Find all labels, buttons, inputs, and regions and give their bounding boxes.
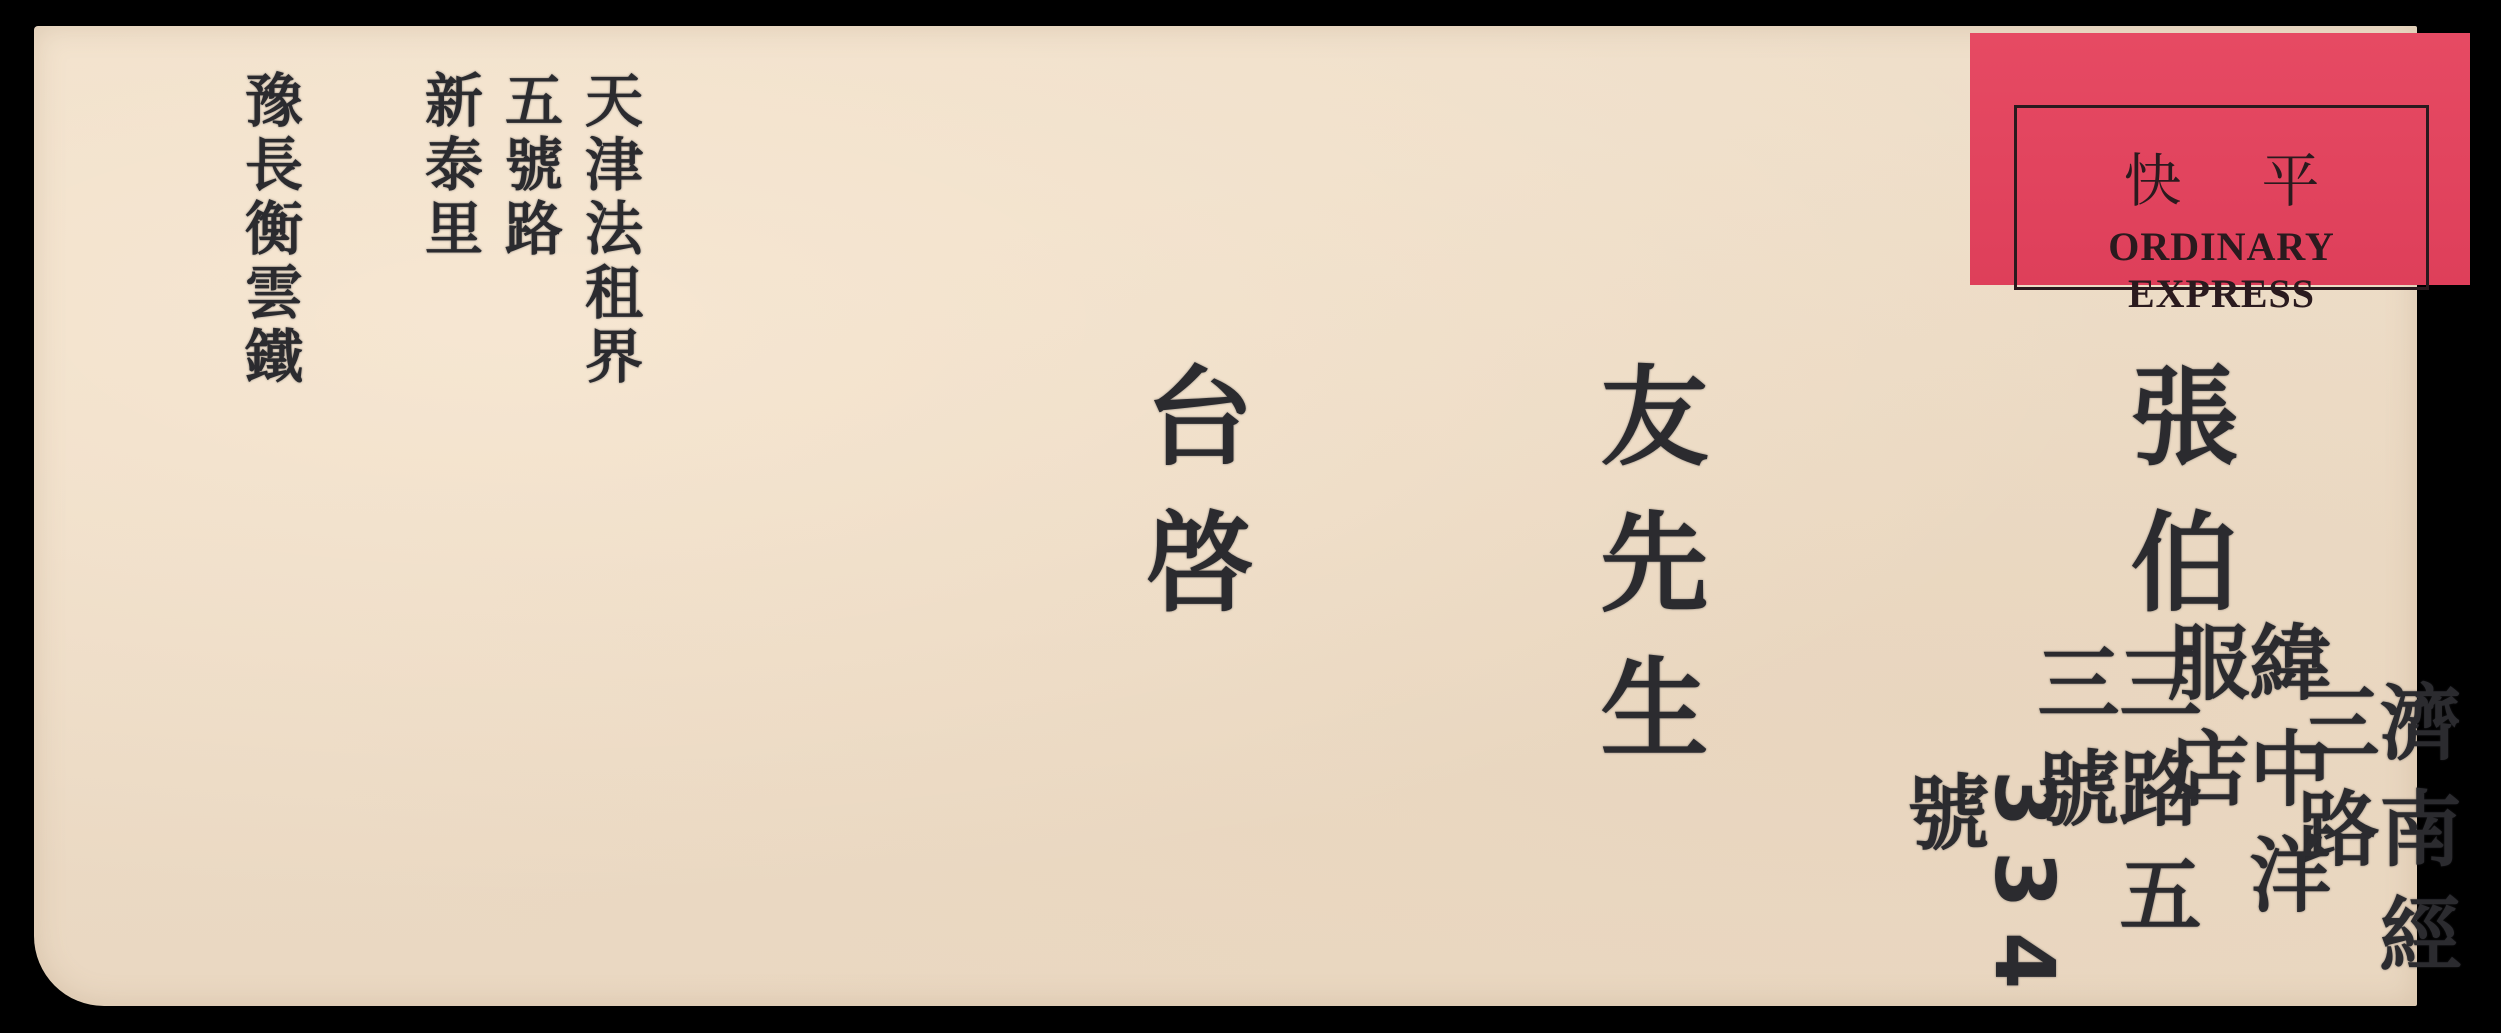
ordinary-express-label: 快平 ORDINARY EXPRESS — [1970, 33, 2470, 285]
address-line-4: 334號 — [1900, 770, 2064, 1033]
sender-line-2: 五號路 — [500, 70, 558, 262]
sender-line-1: 天津法租界 — [580, 70, 638, 390]
label-frame: 快平 ORDINARY EXPRESS — [2014, 105, 2429, 290]
sender-line-3: 新泰里 — [420, 70, 478, 262]
recipient-name-line-1: 張伯 — [2120, 360, 2228, 652]
sender-line-4: 豫長衡雲鐵 — [240, 70, 298, 390]
label-english-text: ORDINARY EXPRESS — [2017, 223, 2426, 317]
recipient-salutation: 台啓 — [1135, 360, 1243, 652]
recipient-name-line-2: 友先生 — [1590, 360, 1698, 798]
label-chinese-text: 快平 — [2017, 134, 2426, 218]
